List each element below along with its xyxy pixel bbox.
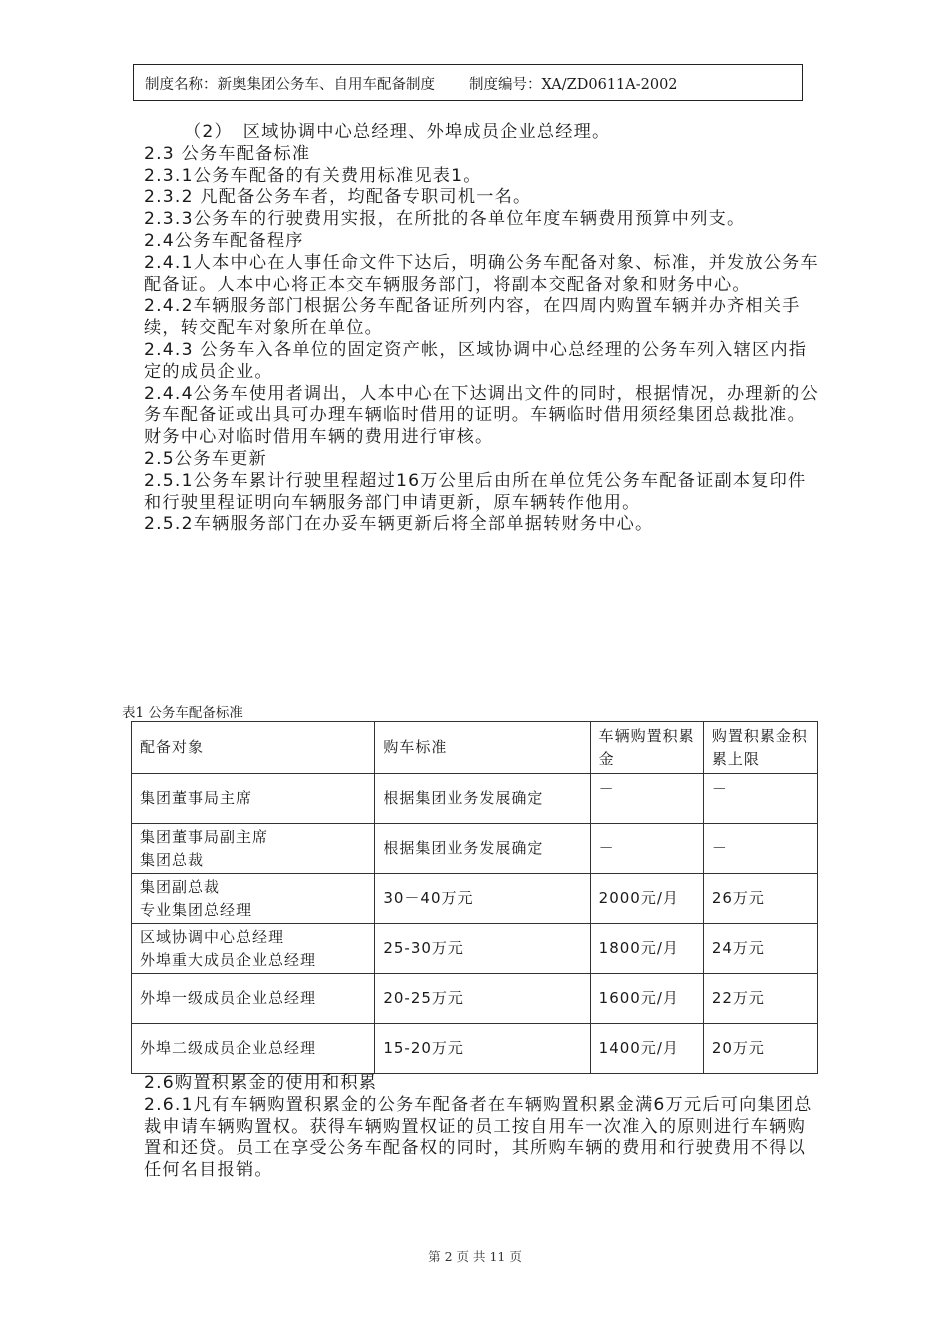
paragraph: 2.6.1凡有车辆购置积累金的公务车配备者在车辆购置积累金满6万元后可向集团总裁…: [144, 1095, 824, 1182]
policy-code: 制度编号：XA/ZD0611A-2002: [469, 77, 678, 93]
table-header-row: 配备对象 购车标准 车辆购置积累金 购置积累金积累上限: [132, 722, 818, 774]
table-header-cell: 车辆购置积累金: [590, 722, 703, 774]
paragraph: 2.4.1人本中心在人事任命文件下达后，明确公务车配备对象、标准，并发放公务车配…: [144, 253, 824, 297]
table-cell: －: [703, 774, 817, 824]
section-heading: 2.5公务车更新: [144, 449, 824, 471]
page-number: 第 2 页 共 11 页: [0, 1247, 950, 1265]
table-header-cell: 购置积累金积累上限: [703, 722, 817, 774]
table-cell: 20万元: [703, 1024, 817, 1074]
header-text: 购置积累金积累上限: [712, 727, 808, 768]
policy-name: 制度名称：新奥集团公务车、自用车配备制度: [145, 77, 435, 93]
table-cell: 1600元/月: [590, 974, 703, 1024]
table-cell: 20-25万元: [375, 974, 590, 1024]
paragraph: 2.4.2车辆服务部门根据公务车配备证所列内容，在四周内购置车辆并办齐相关手续，…: [144, 296, 824, 340]
table-cell: 22万元: [703, 974, 817, 1024]
table-cell: 30－40万元: [375, 874, 590, 924]
document-header-box: 制度名称：新奥集团公务车、自用车配备制度制度编号：XA/ZD0611A-2002: [133, 64, 803, 101]
table-row: 集团董事局副主席 集团总裁 根据集团业务发展确定 － －: [132, 824, 818, 874]
paragraph: （2） 区域协调中心总经理、外埠成员企业总经理。: [144, 122, 824, 144]
table-header-cell: 配备对象: [132, 722, 375, 774]
section-heading: 2.4公务车配备程序: [144, 231, 824, 253]
body-text-bottom: 2.6购置积累金的使用和积累 2.6.1凡有车辆购置积累金的公务车配备者在车辆购…: [144, 1073, 824, 1182]
table-row: 集团副总裁 专业集团总经理 30－40万元 2000元/月 26万元: [132, 874, 818, 924]
paragraph: 2.3.3公务车的行驶费用实报，在所批的各单位年度车辆费用预算中列支。: [144, 209, 824, 231]
paragraph: 2.3.2 凡配备公务车者，均配备专职司机一名。: [144, 187, 824, 209]
paragraph: 2.3.1公务车配备的有关费用标准见表1。: [144, 166, 824, 188]
table-cell: 1800元/月: [590, 924, 703, 974]
table-row: 外埠一级成员企业总经理 20-25万元 1600元/月 22万元: [132, 974, 818, 1024]
table-cell: 集团董事局主席: [132, 774, 375, 824]
table-cell: －: [590, 824, 703, 874]
table-cell: 15-20万元: [375, 1024, 590, 1074]
paragraph: 2.5.1公务车累计行驶里程超过16万公里后由所在单位凭公务车配备证副本复印件和…: [144, 471, 824, 515]
table-cell: 2000元/月: [590, 874, 703, 924]
table-cell: 集团副总裁 专业集团总经理: [132, 874, 375, 924]
table-cell: 26万元: [703, 874, 817, 924]
table-cell: 根据集团业务发展确定: [375, 824, 590, 874]
paragraph: 2.4.4公务车使用者调出，人本中心在下达调出文件的同时，根据情况，办理新的公务…: [144, 384, 824, 449]
table-cell: 根据集团业务发展确定: [375, 774, 590, 824]
header-text: 车辆购置积累金: [599, 727, 695, 768]
table-cell: 外埠一级成员企业总经理: [132, 974, 375, 1024]
table-header-cell: 购车标准: [375, 722, 590, 774]
table-row: 外埠二级成员企业总经理 15-20万元 1400元/月 20万元: [132, 1024, 818, 1074]
table-row: 集团董事局主席 根据集团业务发展确定 － －: [132, 774, 818, 824]
table-row: 区域协调中心总经理 外埠重大成员企业总经理 25-30万元 1800元/月 24…: [132, 924, 818, 974]
vehicle-standard-table: 配备对象 购车标准 车辆购置积累金 购置积累金积累上限 集团董事局主席 根据集团…: [131, 721, 818, 1074]
table-cell: 1400元/月: [590, 1024, 703, 1074]
table-cell: 外埠二级成员企业总经理: [132, 1024, 375, 1074]
paragraph: 2.5.2车辆服务部门在办妥车辆更新后将全部单据转财务中心。: [144, 514, 824, 536]
section-heading: 2.3 公务车配备标准: [144, 144, 824, 166]
document-header: 制度名称：新奥集团公务车、自用车配备制度制度编号：XA/ZD0611A-2002: [145, 73, 678, 94]
table-cell: 集团董事局副主席 集团总裁: [132, 824, 375, 874]
table-cell: 区域协调中心总经理 外埠重大成员企业总经理: [132, 924, 375, 974]
body-text-top: （2） 区域协调中心总经理、外埠成员企业总经理。 2.3 公务车配备标准 2.3…: [144, 122, 824, 536]
table-cell: 24万元: [703, 924, 817, 974]
table-cell: －: [590, 774, 703, 824]
table-cell: －: [703, 824, 817, 874]
table-cell: 25-30万元: [375, 924, 590, 974]
table-caption: 表1 公务车配备标准: [122, 701, 243, 721]
section-heading: 2.6购置积累金的使用和积累: [144, 1073, 824, 1095]
paragraph: 2.4.3 公务车入各单位的固定资产帐，区域协调中心总经理的公务车列入辖区内指定…: [144, 340, 824, 384]
